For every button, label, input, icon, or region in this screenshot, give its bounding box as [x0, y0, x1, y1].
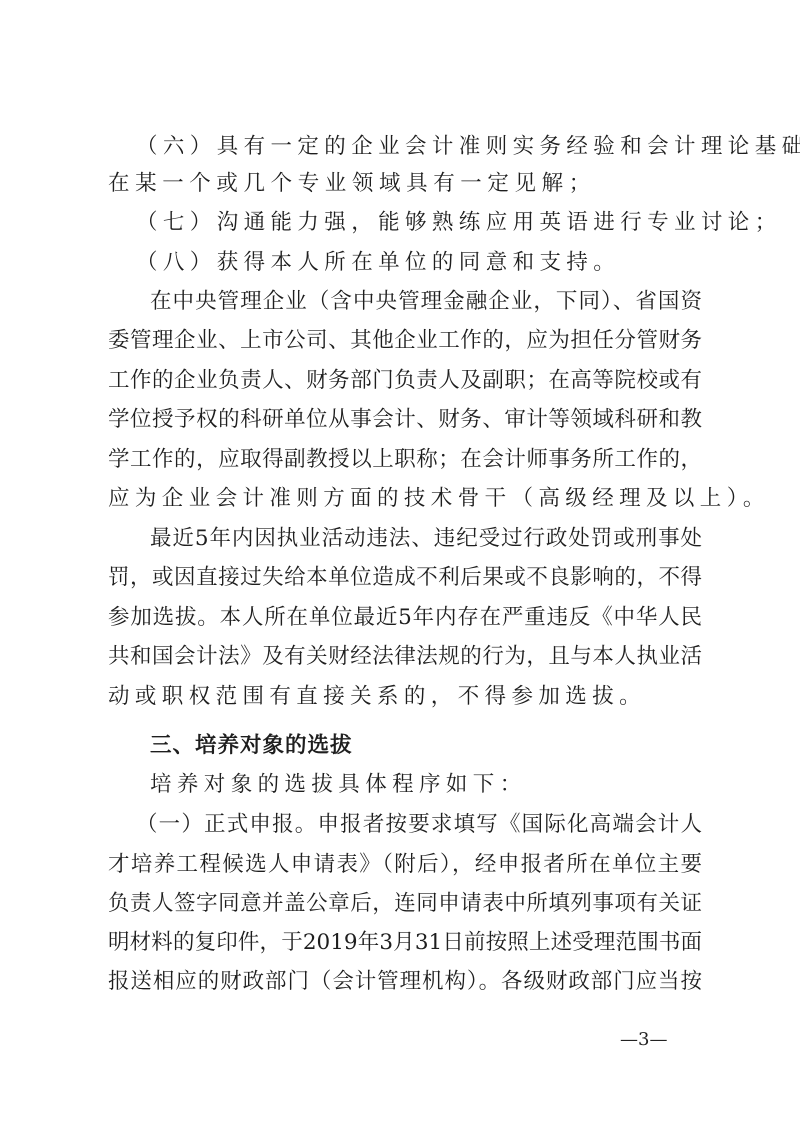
item-6-line-1: （六）具有一定的企业会计准则实务经验和会计理论基础， — [136, 132, 702, 162]
para-violation-line-5: 动或职权范围有直接关系的，不得参加选拔。 — [108, 682, 702, 712]
document-page: （六）具有一定的企业会计准则实务经验和会计理论基础， 在某一个或几个专业领域具有… — [0, 0, 800, 1131]
item-7: （七）沟通能力强，能够熟练应用英语进行专业讨论； — [136, 208, 702, 238]
para-central-enterprise-line-3: 工作的企业负责人、财务部门负责人及副职；在高等院校或有 — [108, 366, 702, 396]
para-central-enterprise-line-1: 在中央管理企业（含中央管理金融企业，下同）、省国资 — [150, 287, 702, 317]
para-central-enterprise-line-5: 学工作的，应取得副教授以上职称；在会计师事务所工作的， — [108, 445, 702, 475]
item-8: （八）获得本人所在单位的同意和支持。 — [136, 248, 702, 278]
para-violation-line-1: 最近5年内因执业活动违法、违纪受过行政处罚或刑事处 — [150, 524, 702, 554]
page-number: —3— — [620, 1027, 667, 1053]
para-application-line-3: 负责人签字同意并盖公章后，连同申请表中所填列事项有关证 — [108, 889, 702, 919]
para-application-line-1: （一）正式申报。申报者按要求填写《国际化高端会计人 — [136, 810, 702, 840]
para-central-enterprise-line-6: 应为企业会计准则方面的技术骨干（高级经理及以上）。 — [108, 484, 702, 514]
para-central-enterprise-line-2: 委管理企业、上市公司、其他企业工作的，应为担任分管财务 — [108, 326, 702, 356]
para-violation-line-2: 罚，或因直接过失给本单位造成不利后果或不良影响的，不得 — [108, 563, 702, 593]
para-violation-line-4: 共和国会计法》及有关财经法律法规的行为，且与本人执业活 — [108, 642, 702, 672]
para-central-enterprise-line-4: 学位授予权的科研单位从事会计、财务、审计等领域科研和教 — [108, 405, 702, 435]
para-application-line-4: 明材料的复印件，于2019年3月31日前按照上述受理范围书面 — [108, 928, 702, 958]
section-heading-selection: 三、培养对象的选拔 — [150, 731, 702, 761]
para-procedure-intro: 培养对象的选拔具体程序如下： — [150, 770, 702, 800]
para-application-line-5: 报送相应的财政部门（会计管理机构）。各级财政部门应当按 — [108, 967, 702, 997]
item-6-line-2: 在某一个或几个专业领域具有一定见解； — [108, 169, 468, 199]
para-violation-line-3: 参加选拔。本人所在单位最近5年内存在严重违反《中华人民 — [108, 603, 702, 633]
para-application-line-2: 才培养工程候选人申请表》（附后），经申报者所在单位主要 — [108, 850, 702, 880]
